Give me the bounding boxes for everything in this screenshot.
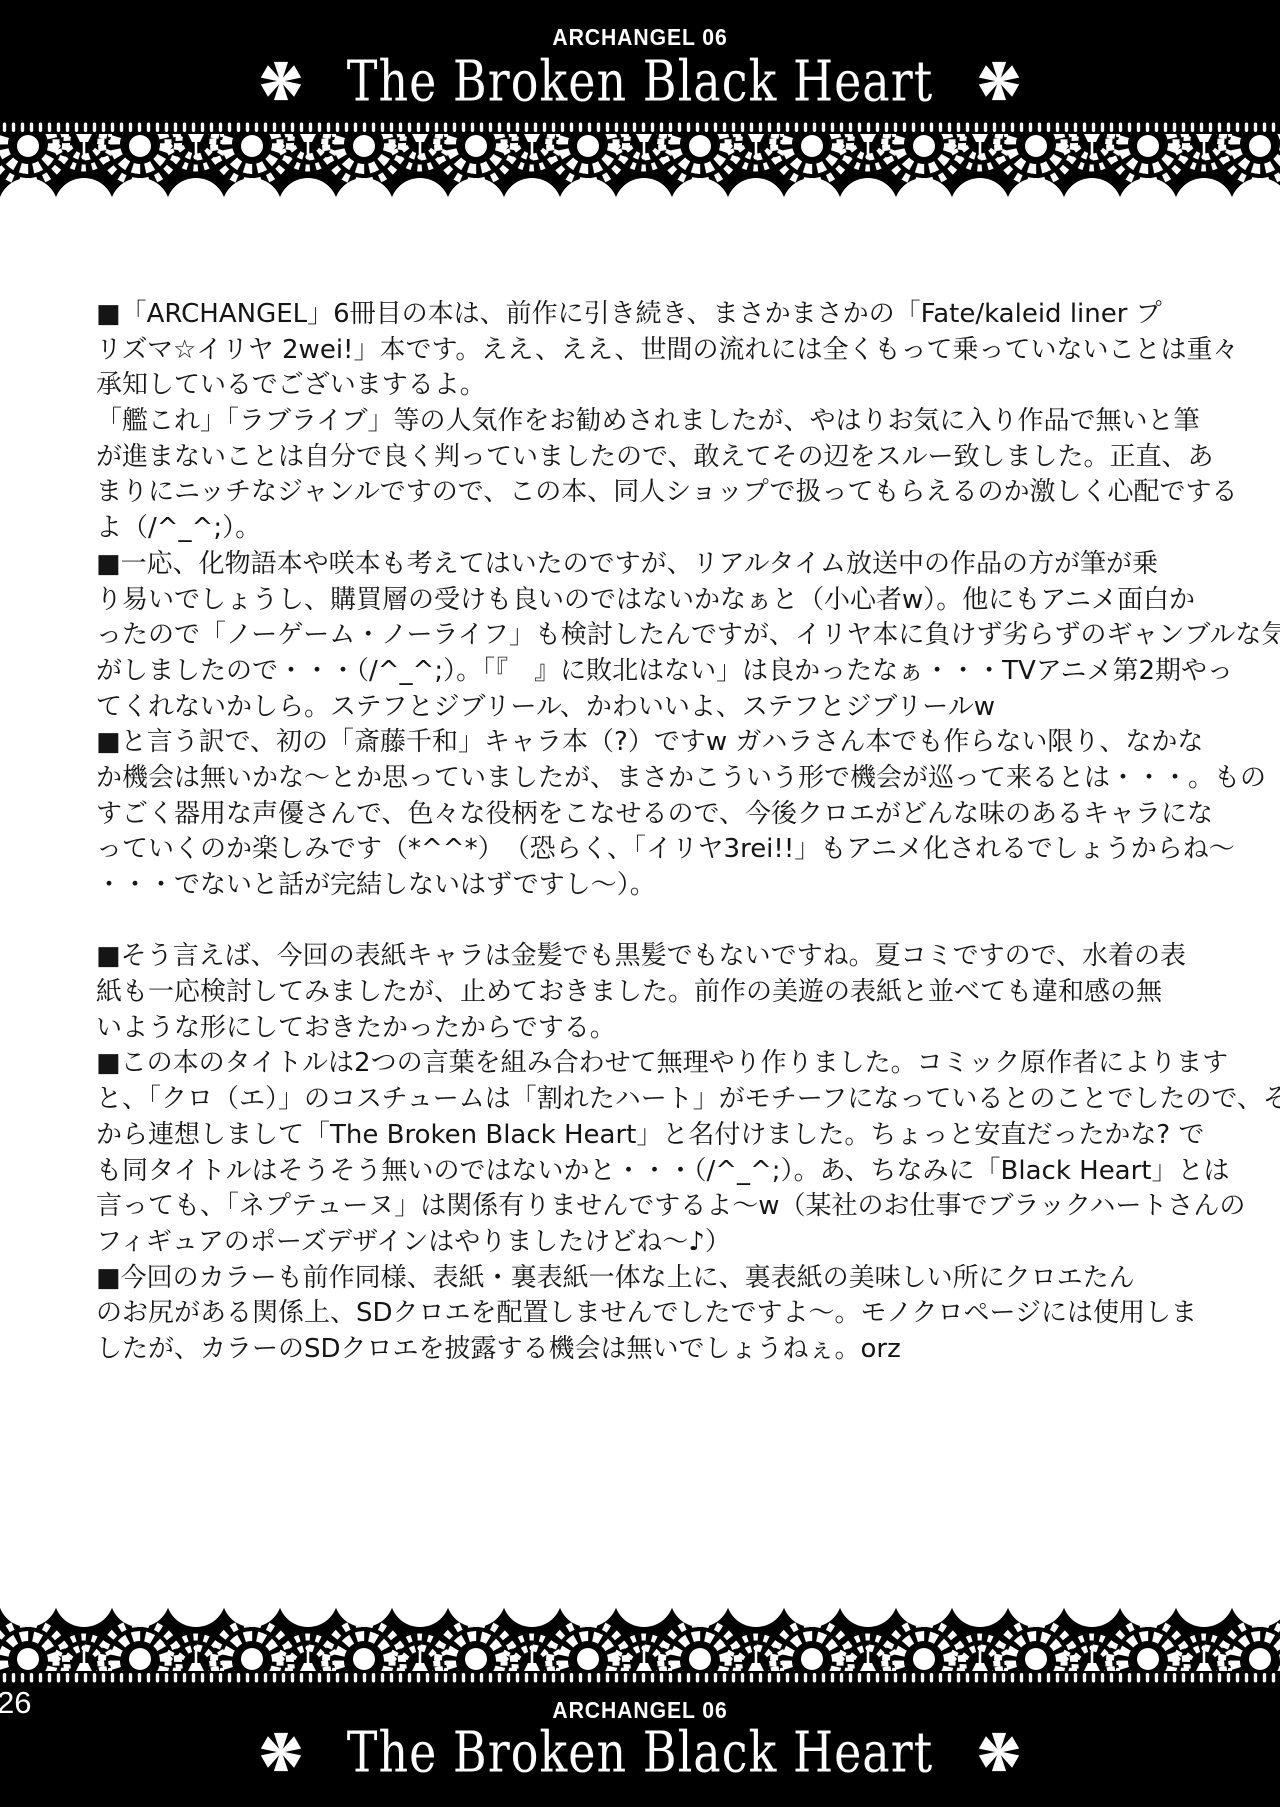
afterword-text-line: ■この本のタイトルは2つの言葉を組み合わせて無理やり作りました。コミック原作者に… (96, 1046, 1204, 1082)
doujinshi-afterword-page: ARCHANGEL 06 The Broken Black Heart (0, 0, 1280, 1807)
star-icon (261, 1729, 301, 1775)
header-band: ARCHANGEL 06 The Broken Black Heart (0, 0, 1280, 120)
afterword-text-line: から連想しまして「The Broken Black Heart」と名付けました。… (96, 1118, 1204, 1154)
header-book-title: The Broken Black Heart (347, 48, 933, 114)
afterword-text-line: ・・・でないと話が完結しないはずですし～）。 (96, 868, 1204, 904)
afterword-text-line: てくれないかしら。ステフとジブリール、かわいいよ、ステフとジブリールw (96, 690, 1204, 726)
afterword-text-line: すごく器用な声優さんで、色々な役柄をこなせるので、今後クロエがどんな味のあるキャ… (96, 797, 1204, 833)
afterword-text-line: よ（/^_^;）。 (96, 511, 1204, 547)
afterword-text-line: ■「ARCHANGEL」6冊目の本は、前作に引き続き、まさかまさかの「Fate/… (96, 297, 1204, 333)
afterword-text-line: 紙も一応検討してみましたが、止めておきました。前作の美遊の表紙と並べても違和感の… (96, 975, 1204, 1011)
footer-band: 26 ARCHANGEL 06 The Broken Black Heart (0, 1685, 1280, 1807)
afterword-text-line: したが、カラーのSDクロエを披露する機会は無いでしょうねぇ。orz (96, 1332, 1204, 1368)
afterword-text-line: ったので「ノーゲーム・ノーライフ」も検討したんですが、イリヤ本に負けず劣らずのギ… (96, 618, 1204, 654)
afterword-text-line: か機会は無いかな～とか思っていましたが、まさかこういう形で機会が巡って来るとは・… (96, 761, 1204, 797)
afterword-text-line: ■今回のカラーも前作同様、表紙・裏表紙一体な上に、裏表紙の美味しい所にクロエたん (96, 1261, 1204, 1297)
afterword-text-line: も同タイトルはそうそう無いのではないかと・・・（/^_^;）。あ、ちなみに「Bl… (96, 1154, 1204, 1190)
footer-title-row: The Broken Black Heart (0, 1717, 1280, 1787)
star-icon (979, 1729, 1019, 1775)
header-title-row: The Broken Black Heart (0, 46, 1280, 116)
footer-book-title: The Broken Black Heart (347, 1719, 933, 1785)
afterword-text-line: リズマ☆イリヤ 2wei!」本です。ええ、ええ、世間の流れには全くもって乗ってい… (96, 333, 1204, 369)
page-number: 26 (0, 1687, 31, 1718)
afterword-text-line: が進まないことは自分で良く判っていましたので、敢えてその辺をスルー致しました。正… (96, 440, 1204, 476)
afterword-text-line: フィギュアのポーズデザインはやりましたけどね～♪） (96, 1225, 1204, 1261)
afterword-text-line: のお尻がある関係上、SDクロエを配置しませんでしたですよ～。モノクロページには使… (96, 1296, 1204, 1332)
afterword-text: ■「ARCHANGEL」6冊目の本は、前作に引き続き、まさかまさかの「Fate/… (96, 297, 1204, 1368)
afterword-text-line: いような形にしておきたかったからでする。 (96, 1011, 1204, 1047)
lace-pattern-icon (0, 1601, 1280, 1685)
star-icon (979, 58, 1019, 104)
lace-border-bottom (0, 1601, 1280, 1685)
afterword-text-line (96, 904, 1204, 940)
afterword-text-line: り易いでしょうし、購買層の受けも良いのではないかなぁと（小心者w）。他にもアニメ… (96, 583, 1204, 619)
star-icon (261, 58, 301, 104)
lace-border-top (0, 120, 1280, 204)
afterword-text-line: 承知しているでございまするよ。 (96, 368, 1204, 404)
afterword-text-line: ■一応、化物語本や咲本も考えてはいたのですが、リアルタイム放送中の作品の方が筆が… (96, 547, 1204, 583)
afterword-text-line: っていくのか楽しみです（*^^*） （恐らく、「イリヤ3rei!!」もアニメ化さ… (96, 832, 1204, 868)
afterword-text-line: と、「クロ（エ）」のコスチュームは「割れたハート」がモチーフになっているとのこと… (96, 1082, 1204, 1118)
afterword-text-line: 「艦これ」「ラブライブ」等の人気作をお勧めされましたが、やはりお気に入り作品で無… (96, 404, 1204, 440)
afterword-text-line: ■と言う訳で、初の「斎藤千和」キャラ本（?）ですw ガハラさん本でも作らない限り… (96, 725, 1204, 761)
afterword-text-line: がしましたので・・・（/^_^;）。「『 』に敗北はない」は良かったなぁ・・・T… (96, 654, 1204, 690)
afterword-text-line: 言っても、「ネプテューヌ」は関係有りませんでするよ～w（某社のお仕事でブラックハ… (96, 1189, 1204, 1225)
lace-pattern-icon (0, 120, 1280, 204)
afterword-text-line: まりにニッチなジャンルですので、この本、同人ショップで扱ってもらえるのか激しく心… (96, 475, 1204, 511)
afterword-text-line: ■そう言えば、今回の表紙キャラは金髪でも黒髪でもないですね。夏コミですので、水着… (96, 939, 1204, 975)
